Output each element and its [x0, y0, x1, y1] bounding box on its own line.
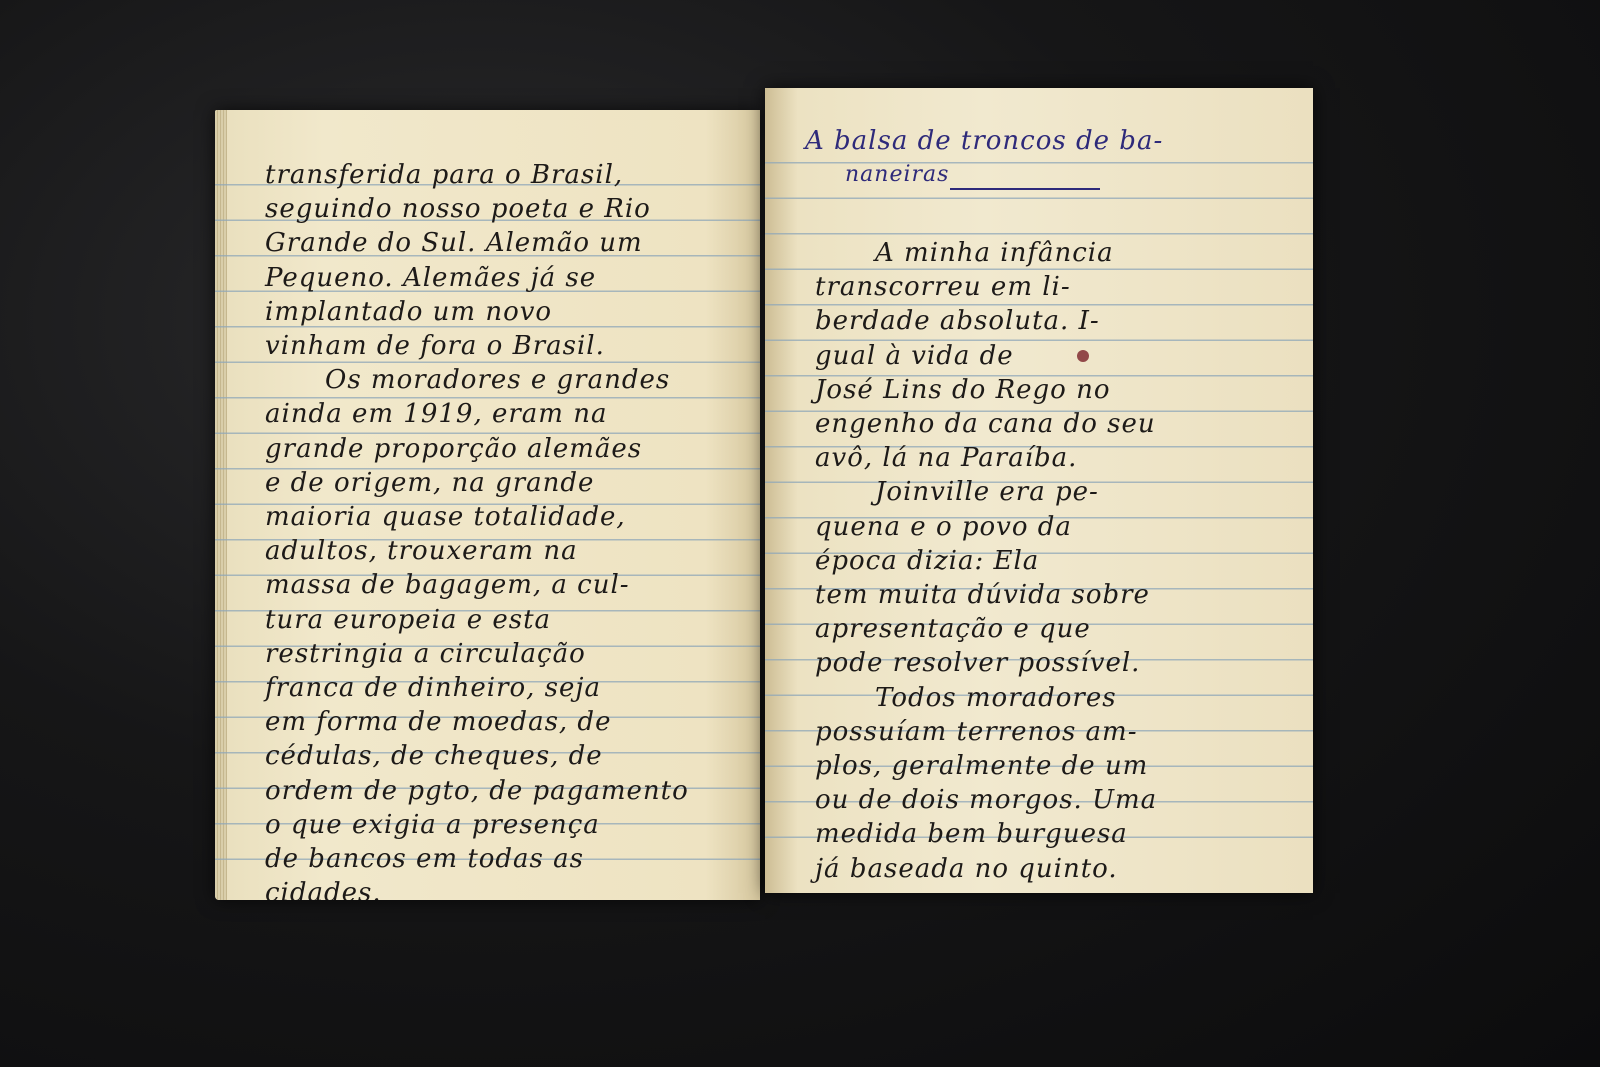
left_page-handwritten-line: franca de dinheiro, seja — [265, 671, 740, 705]
right_page-handwritten-line: transcorreu em li- — [815, 270, 1293, 304]
right_page-handwritten-line: berdade absoluta. I- — [815, 304, 1293, 338]
left_page-handwritten-line: vinham de fora o Brasil. — [265, 329, 740, 363]
left_page-handwritten-line: ainda em 1919, eram na — [265, 397, 740, 431]
left_page-handwritten-line: tura europeia e esta — [265, 603, 740, 637]
right_page-handwritten-line: José Lins do Rego no — [815, 373, 1293, 407]
left_page-handwritten-line: restringia a circulação — [265, 637, 740, 671]
left_page-handwritten-line: Pequeno. Alemães já se — [265, 261, 740, 295]
right-page-title-line1: A balsa de troncos de ba- — [805, 124, 1293, 158]
right_page-handwritten-line: engenho da cana do seu — [815, 407, 1293, 441]
right-page: A balsa de troncos de ba- naneiras A min… — [765, 88, 1313, 893]
left_page-handwritten-line: ordem de pgto, de pagamento — [265, 774, 740, 808]
right_page-handwritten-line: pode resolver possível. — [815, 646, 1293, 680]
left_page-handwritten-line: cédulas, de cheques, de — [265, 739, 740, 773]
right_page-handwritten-line: avô, lá na Paraíba. — [815, 441, 1293, 475]
left_page-handwritten-line: adultos, trouxeram na — [265, 534, 740, 568]
left_page-handwritten-line: massa de bagagem, a cul- — [265, 568, 740, 602]
open-notebook: transferida para o Brasil,seguindo nosso… — [205, 78, 1320, 913]
right_page-handwritten-line: Todos moradores — [875, 681, 1293, 715]
right_page-handwritten-line: ou de dois morgos. Uma — [815, 783, 1293, 817]
left_page-handwritten-line: Grande do Sul. Alemão um — [265, 226, 740, 260]
left_page-handwritten-line: Os moradores e grandes — [325, 363, 740, 397]
left_page-handwritten-line: cidades. — [265, 876, 740, 900]
left-page: transferida para o Brasil,seguindo nosso… — [215, 110, 760, 900]
right_page-handwritten-line: medida bem burguesa — [815, 817, 1293, 851]
right_page-handwritten-line: quena e o povo da — [815, 510, 1293, 544]
left_page-handwritten-line: e de origem, na grande — [265, 466, 740, 500]
right-page-title-line2: naneiras — [845, 158, 1293, 192]
ink-stain — [1077, 350, 1089, 362]
right_page-handwritten-line: tem muita dúvida sobre — [815, 578, 1293, 612]
left_page-handwritten-line: o que exigia a presença — [265, 808, 740, 842]
right_page-handwritten-line: possuíam terrenos am- — [815, 715, 1293, 749]
right_page-handwritten-line: já baseada no quinto. — [815, 852, 1293, 886]
right_page-handwritten-line: plos, geralmente de um — [815, 749, 1293, 783]
left_page-handwritten-line: grande proporção alemães — [265, 432, 740, 466]
right_page-handwritten-line: apresentação e que — [815, 612, 1293, 646]
left_page-handwritten-line: de bancos em todas as — [265, 842, 740, 876]
left_page-handwritten-line: seguindo nosso poeta e Rio — [265, 192, 740, 226]
left_page-handwritten-line: em forma de moedas, de — [265, 705, 740, 739]
left_page-handwritten-line: maioria quase totalidade, — [265, 500, 740, 534]
title-underline — [950, 188, 1100, 196]
right_page-handwritten-line: gual à vida de — [815, 339, 1293, 373]
right_page-handwritten-line: A minha infância — [875, 236, 1293, 270]
left_page-handwritten-line: transferida para o Brasil, — [265, 158, 740, 192]
right_page-handwritten-line: época dizia: Ela — [815, 544, 1293, 578]
left_page-handwritten-line: implantado um novo — [265, 295, 740, 329]
right_page-handwritten-line: Joinville era pe- — [875, 475, 1293, 509]
